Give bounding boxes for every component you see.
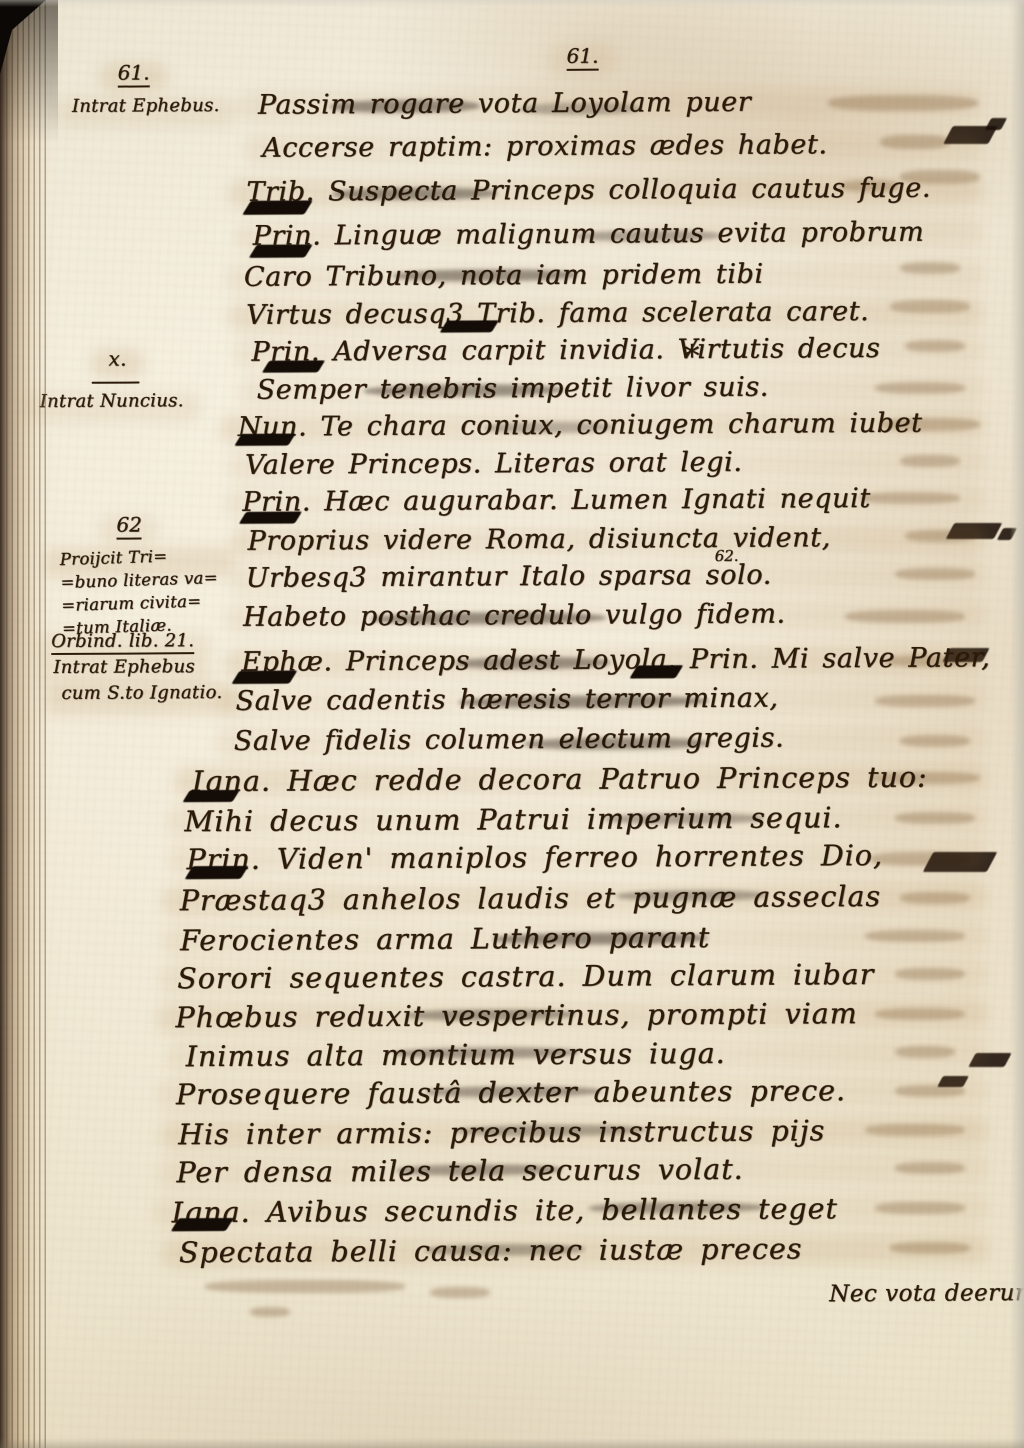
verse-line: Virtus decusq3 Trib. fama scelerata care… bbox=[246, 296, 869, 331]
verse-line: Prin. Hæc augurabar. Lumen Ignati nequit bbox=[242, 483, 871, 518]
ink-blot bbox=[182, 790, 239, 802]
verse-line: Igna. Hæc redde decora Patruo Princeps t… bbox=[192, 761, 928, 798]
ink-blot bbox=[242, 200, 313, 214]
margin-note-intrat-ephebus-bottom-1: Intrat Ephebus bbox=[53, 656, 195, 678]
verse-line: Urbesq3 mirantur Italo sparsa solo. bbox=[246, 560, 772, 594]
text-layer: 61. 61. Intrat Ephebus. x. Intrat Nunciu… bbox=[0, 0, 1024, 1448]
manuscript-scan-page: 61. 61. Intrat Ephebus. x. Intrat Nunciu… bbox=[0, 0, 1024, 1448]
catchword: Nec vota deerunt bbox=[829, 1280, 1024, 1307]
ink-blot bbox=[171, 1218, 234, 1231]
ink-blot bbox=[629, 665, 683, 678]
margin-cross-mark: x. bbox=[108, 347, 126, 371]
ink-blot bbox=[239, 512, 302, 524]
folio-number-left: 61. bbox=[118, 60, 150, 87]
margin-note-intrat-nuncius: Intrat Nuncius. bbox=[40, 390, 184, 412]
ink-blot bbox=[231, 671, 297, 684]
verse-line: Proprius videre Roma, disiuncta vident, bbox=[247, 522, 830, 557]
folio-number-margin-62: 62 bbox=[116, 512, 142, 539]
verse-line: Accerse raptim: proximas ædes habet. bbox=[262, 129, 828, 163]
margin-note-intrat-ephebus-top: Intrat Ephebus. bbox=[72, 95, 220, 117]
ink-blot bbox=[249, 244, 313, 257]
ink-blot bbox=[234, 434, 295, 446]
ink-blot bbox=[440, 320, 499, 332]
margin-note-proiicit-block: Proijcit Tri= =buno literas va= =riarum … bbox=[59, 543, 219, 640]
ink-blot bbox=[262, 360, 325, 372]
verse-line: Ephæ. Princeps adest Loyola. Prin. Mi sa… bbox=[241, 642, 990, 678]
margin-citation: Orbind. lib. 21. bbox=[51, 630, 194, 655]
page-edge-top bbox=[0, 0, 1024, 7]
margin-note-intrat-ephebus-bottom-2: cum S.to Ignatio. bbox=[61, 682, 222, 704]
margin-rule bbox=[92, 381, 140, 383]
verse-line: Præstaq3 anhelos laudis et pugnæ assecla… bbox=[180, 880, 882, 917]
folio-number-center: 61. bbox=[567, 44, 599, 71]
ink-blot bbox=[185, 866, 249, 879]
verse-line: Valere Princeps. Literas orat legi. bbox=[245, 447, 743, 481]
verse-line: Prin. Viden' maniplos ferreo horrentes D… bbox=[186, 839, 883, 876]
verse-line: Prin. Adversa carpit invidia. Virtutis d… bbox=[251, 333, 880, 368]
page-edge-right bbox=[1010, 0, 1024, 1448]
page-edge-bottom bbox=[0, 1438, 1024, 1448]
verse-line: Sorori sequentes castra. Dum clarum iuba… bbox=[177, 958, 874, 995]
